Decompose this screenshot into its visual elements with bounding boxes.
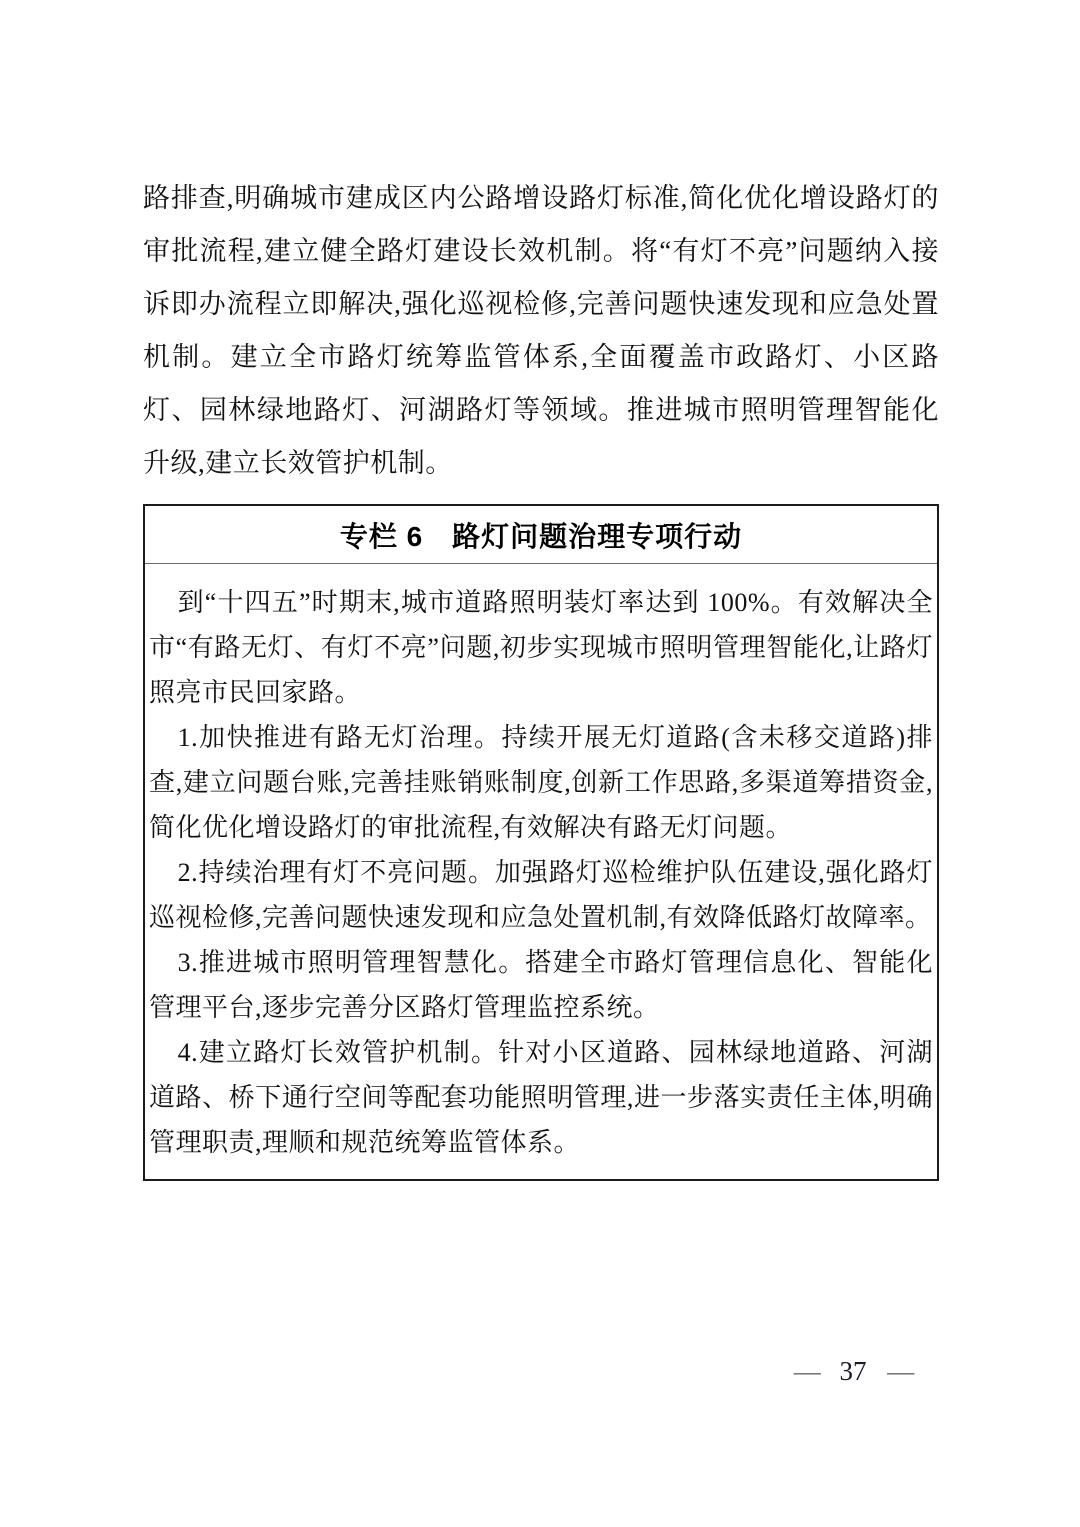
callout-paragraph-intro: 到“十四五”时期末,城市道路照明装灯率达到 100%。有效解决全市“有路无灯、有… <box>149 580 933 715</box>
callout-box: 专栏 6 路灯问题治理专项行动 到“十四五”时期末,城市道路照明装灯率达到 10… <box>143 504 939 1181</box>
page-number-left-dash: — <box>780 1356 833 1386</box>
body-paragraph: 路排查,明确城市建成区内公路增设路灯标准,简化优化增设路灯的审批流程,建立健全路… <box>143 172 939 490</box>
page-number: — 37 — <box>750 1356 956 1387</box>
callout-paragraph-item-4: 4.建立路灯长效管护机制。针对小区道路、园林绿地道路、河湖道路、桥下通行空间等配… <box>149 1030 933 1165</box>
page-number-right-dash: — <box>873 1356 926 1386</box>
text-column: 路排查,明确城市建成区内公路增设路灯标准,简化优化增设路灯的审批流程,建立健全路… <box>143 172 939 1181</box>
document-page: 路排查,明确城市建成区内公路增设路灯标准,简化优化增设路灯的审批流程,建立健全路… <box>0 0 1080 1527</box>
callout-paragraph-item-1: 1.加快推进有路无灯治理。持续开展无灯道路(含未移交道路)排查,建立问题台账,完… <box>149 715 933 850</box>
page-number-value: 37 <box>840 1356 867 1386</box>
callout-box-title: 专栏 6 路灯问题治理专项行动 <box>340 521 742 552</box>
callout-paragraph-item-3: 3.推进城市照明管理智慧化。搭建全市路灯管理信息化、智能化管理平台,逐步完善分区… <box>149 940 933 1030</box>
callout-paragraph-item-2: 2.持续治理有灯不亮问题。加强路灯巡检维护队伍建设,强化路灯巡视检修,完善问题快… <box>149 850 933 940</box>
callout-box-header: 专栏 6 路灯问题治理专项行动 <box>145 506 937 564</box>
callout-box-body: 到“十四五”时期末,城市道路照明装灯率达到 100%。有效解决全市“有路无灯、有… <box>145 564 937 1179</box>
